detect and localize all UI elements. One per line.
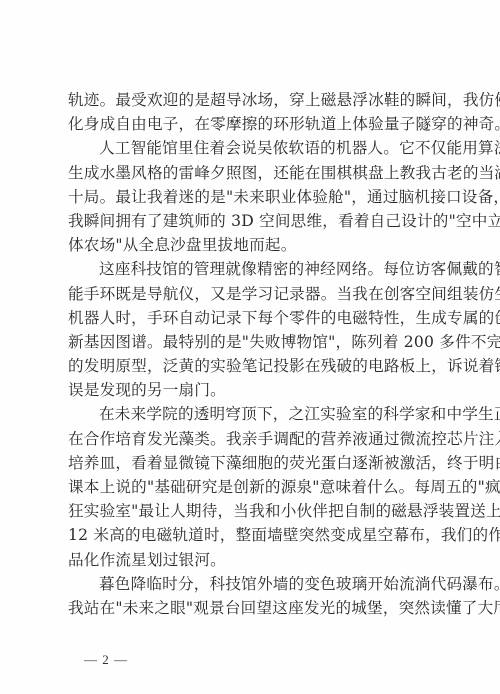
text-line: 体农场"从全息沙盘里拔地而起。 — [68, 233, 438, 257]
text-line: 新基因图谱。最特别的是"失败博物馆"，陈列着 200 多件不完美 — [68, 330, 438, 354]
text-line: 品化作流星划过银河。 — [68, 548, 438, 572]
text-line: 轨迹。最受欢迎的是超导冰场，穿上磁悬浮冰鞋的瞬间，我仿佛 — [68, 88, 438, 112]
text-line: 人工智能馆里住着会说吴侬软语的机器人。它不仅能用算法 — [68, 136, 438, 160]
text-line: 在合作培育发光藻类。我亲手调配的营养液通过微流控芯片注入 — [68, 427, 438, 451]
text-line: 生成水墨风格的雷峰夕照图，还能在围棋棋盘上教我古老的当湖 — [68, 161, 438, 185]
text-line: 培养皿，看着显微镜下藻细胞的荧光蛋白逐渐被激活，终于明白 — [68, 451, 438, 475]
body-text: 轨迹。最受欢迎的是超导冰场，穿上磁悬浮冰鞋的瞬间，我仿佛 化身成自由电子，在零摩… — [68, 88, 438, 620]
text-line: 12 米高的电磁轨道时，整面墙壁突然变成星空幕布，我们的作 — [68, 523, 438, 547]
document-page: 轨迹。最受欢迎的是超导冰场，穿上磁悬浮冰鞋的瞬间，我仿佛 化身成自由电子，在零摩… — [0, 0, 500, 694]
text-line: 课本上说的"基础研究是创新的源泉"意味着什么。每周五的"疯 — [68, 475, 438, 499]
text-line: 狂实验室"最让人期待，当我和小伙伴把自制的磁悬浮装置送上 — [68, 499, 438, 523]
text-line: 我瞬间拥有了建筑师的 3D 空间思维，看着自己设计的"空中立 — [68, 209, 438, 233]
text-line: 误是发现的另一扇门。 — [68, 378, 438, 402]
text-line: 化身成自由电子，在零摩擦的环形轨道上体验量子隧穿的神奇。 — [68, 112, 438, 136]
text-line: 我站在"未来之眼"观景台回望这座发光的城堡，突然读懂了大厅 — [68, 596, 438, 620]
text-line: 在未来学院的透明穹顶下，之江实验室的科学家和中学生正 — [68, 402, 438, 426]
text-line: 十局。最让我着迷的是"未来职业体验舱"，通过脑机接口设备， — [68, 185, 438, 209]
text-line: 暮色降临时分，科技馆外墙的变色玻璃开始流淌代码瀑布。 — [68, 572, 438, 596]
text-line: 机器人时，手环自动记录下每个零件的电磁特性，生成专属的创 — [68, 306, 438, 330]
text-line: 这座科技馆的管理就像精密的神经网络。每位访客佩戴的智 — [68, 257, 438, 281]
page-number: — 2 — — [84, 652, 128, 668]
text-line: 能手环既是导航仪，又是学习记录器。当我在创客空间组装仿生 — [68, 282, 438, 306]
text-line: 的发明原型，泛黄的实验笔记投影在残破的电路板上，诉说着错 — [68, 354, 438, 378]
